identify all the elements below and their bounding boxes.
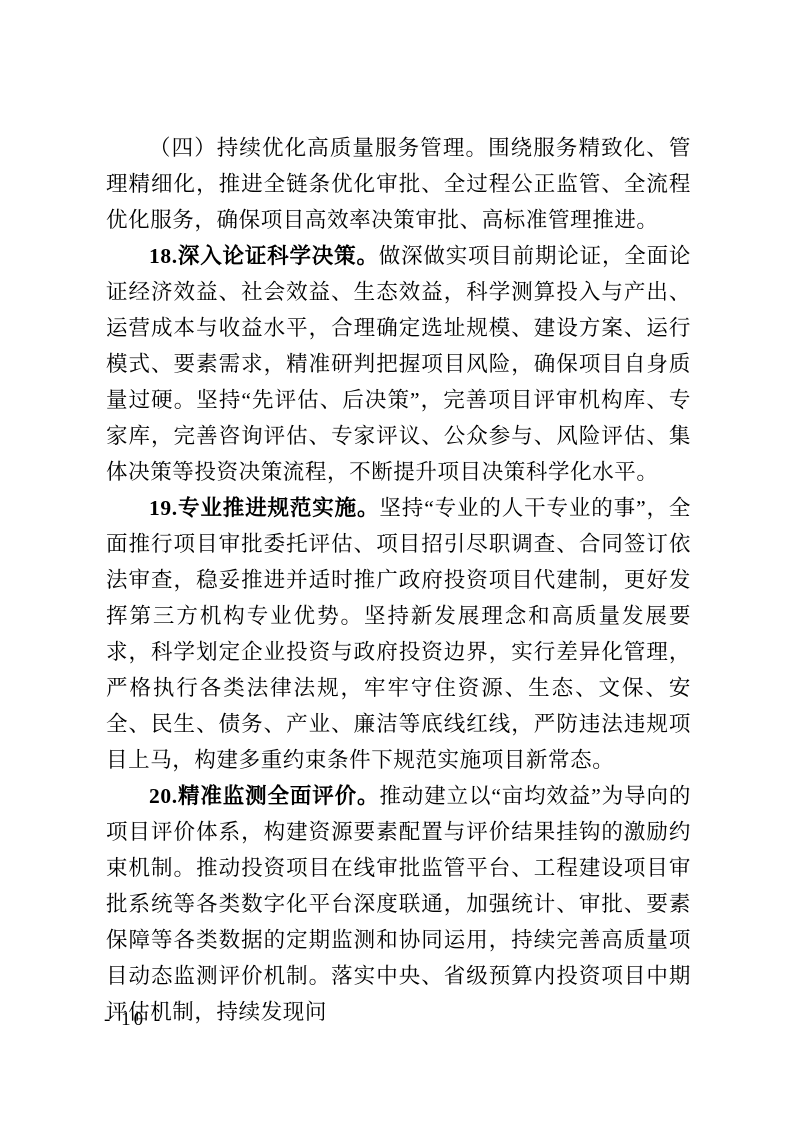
document-page: （四）持续优化高质量服务管理。围绕服务精致化、管理精细化，推进全链条优化审批、全…	[0, 0, 793, 1122]
paragraph-section-4-heading: （四）持续优化高质量服务管理。	[149, 136, 488, 160]
paragraph-section-4: （四）持续优化高质量服务管理。围绕服务精致化、管理精细化，推进全链条优化审批、全…	[106, 130, 691, 238]
paragraph-item-18: 18.深入论证科学决策。做深做实项目前期论证，全面论证经济效益、社会效益、生态效…	[106, 238, 691, 490]
paragraph-item-19-heading: 19.专业推进规范实施。	[149, 496, 379, 520]
page-number: - 10 -	[104, 1008, 163, 1032]
paragraph-item-18-heading: 18.深入论证科学决策。	[149, 244, 379, 268]
paragraph-item-20: 20.精准监测全面评价。推动建立以“亩均效益”为导向的项目评价体系，构建资源要素…	[106, 778, 691, 1030]
paragraph-item-19-body: 坚持“专业的人干专业的事”，全面推行项目审批委托评估、项目招引尽职调查、合同签订…	[106, 496, 691, 772]
paragraph-item-19: 19.专业推进规范实施。坚持“专业的人干专业的事”，全面推行项目审批委托评估、项…	[106, 490, 691, 778]
paragraph-item-20-body: 推动建立以“亩均效益”为导向的项目评价体系，构建资源要素配置与评价结果挂钩的激励…	[106, 784, 691, 1024]
document-content: （四）持续优化高质量服务管理。围绕服务精致化、管理精细化，推进全链条优化审批、全…	[106, 130, 691, 1030]
paragraph-item-20-heading: 20.精准监测全面评价。	[149, 784, 379, 808]
paragraph-item-18-body: 做深做实项目前期论证，全面论证经济效益、社会效益、生态效益，科学测算投入与产出、…	[106, 244, 691, 484]
